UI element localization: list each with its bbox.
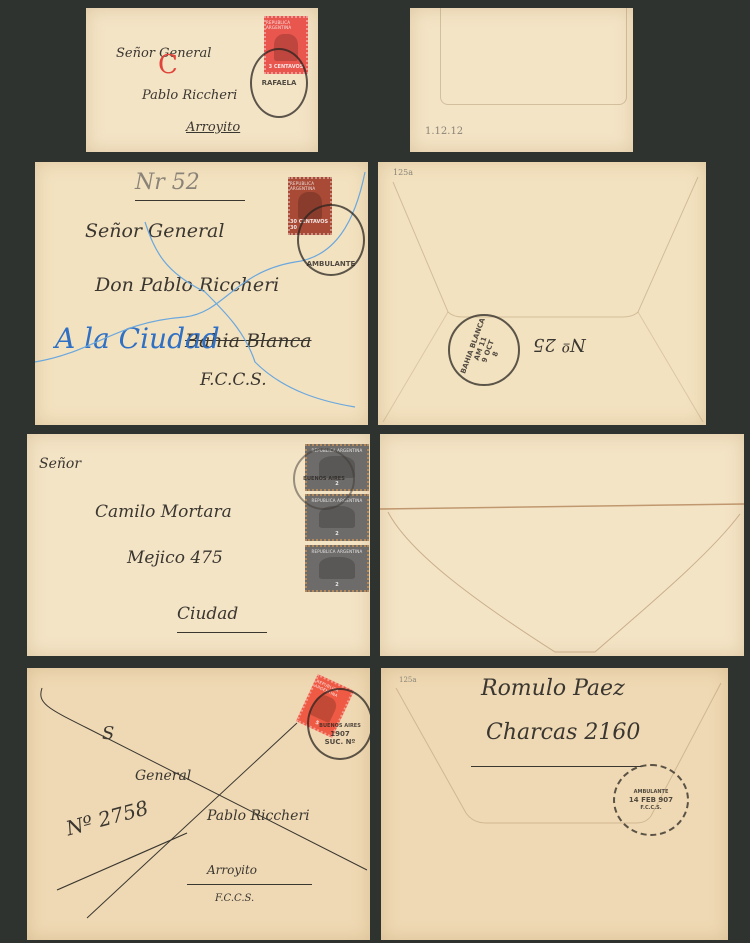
postmark-inner: BUENOS AIRES 1907 SUC. Nº [319, 722, 361, 746]
cover-2-back: 125a BAHIA BLANCA AM 11 9 OCT 8 Nº 25 [378, 162, 706, 425]
address-line-5: F.C.C.S. [215, 893, 254, 904]
postmark-date: 1907 [319, 730, 361, 738]
cover-4-front: S General Pablo Riccheri Arroyito F.C.C.… [27, 668, 370, 940]
address-line-1: S [102, 723, 114, 744]
envelope-flap-lines [378, 162, 706, 425]
liberty-figure-icon [319, 557, 355, 579]
postmark-date: 14 FEB 907 [629, 796, 673, 804]
ambulante-postmark: AMBULANTE 14 FEB 907 F.C.C.S. [613, 764, 689, 836]
stamp-2c-3: REPUBLICA ARGENTINA 2 [305, 545, 369, 592]
address-line-2: Camilo Mortara [95, 502, 232, 522]
address-line-4: Ciudad [177, 604, 238, 624]
buenos-aires-postmark: BUENOS AIRES 1907 SUC. Nº [307, 688, 370, 760]
cover-4-back: 125a Romulo Paez Charcas 2160 AMBULANTE … [381, 668, 728, 940]
postmark-circle: AMBULANTE [297, 204, 365, 276]
address-line-3: Arroyito [186, 120, 240, 135]
postmark-text: RAFAELA [262, 79, 297, 87]
stamp-country: REPUBLICA ARGENTINA [290, 181, 330, 191]
bahia-blanca-postmark: BAHIA BLANCA AM 11 9 OCT 8 [448, 314, 520, 386]
postmark-town: BUENOS AIRES [319, 722, 361, 730]
postmark-branch: SUC. Nº [319, 738, 361, 746]
stamp-value: 2 [335, 531, 338, 537]
address-line-3: Pablo Riccheri [207, 808, 310, 824]
address-line-1: Señor [39, 456, 81, 472]
envelope-flap-lines [380, 434, 744, 656]
cover-3-front: Señor Camilo Mortara Mejico 475 Ciudad R… [27, 434, 370, 656]
underline [471, 766, 641, 767]
address-line-4: Arroyito [207, 863, 257, 877]
postmark-text: AMBULANTE [307, 260, 356, 268]
address-line-2: Pablo Riccheri [142, 88, 237, 103]
postmark-circle: RAFAELA [250, 48, 308, 118]
stamp-country: REPUBLICA ARGENTINA [266, 20, 306, 30]
underline [177, 632, 267, 633]
cover-3-back [380, 434, 744, 656]
postmark-inner: BAHIA BLANCA AM 11 9 OCT 8 [459, 317, 509, 383]
postmark-inner: AMBULANTE 14 FEB 907 F.C.C.S. [629, 788, 673, 812]
postmark-circle: BUENOS AIRES [293, 448, 355, 510]
cover-2-front: Nr 52 Señor General Don Pablo Riccheri B… [35, 162, 368, 425]
postmark-town: AMBULANTE [629, 788, 673, 796]
handwritten-number: Nº 25 [533, 334, 586, 355]
pencil-note: 125a [393, 168, 413, 177]
pencil-note: 1.12.12 [425, 126, 463, 137]
stamp-value: 2 [335, 582, 338, 588]
address-line-3: Mejico 475 [127, 548, 223, 568]
pencil-note: 125a [399, 676, 417, 684]
address-line-2: General [135, 768, 191, 784]
stamp-country: REPUBLICA ARGENTINA [312, 549, 363, 554]
cover-1-back: 1.12.12 [410, 8, 633, 152]
envelope-flap [440, 8, 627, 105]
cover-1-front: Señor General Pablo Riccheri Arroyito C … [86, 8, 318, 152]
postmark-text: BUENOS AIRES [303, 475, 345, 483]
postmark-route: F.C.C.S. [629, 804, 673, 812]
sender-address: Charcas 2160 [486, 720, 640, 745]
underline [187, 884, 312, 885]
red-marking: C [158, 50, 178, 80]
sender-name: Romulo Paez [481, 676, 625, 701]
